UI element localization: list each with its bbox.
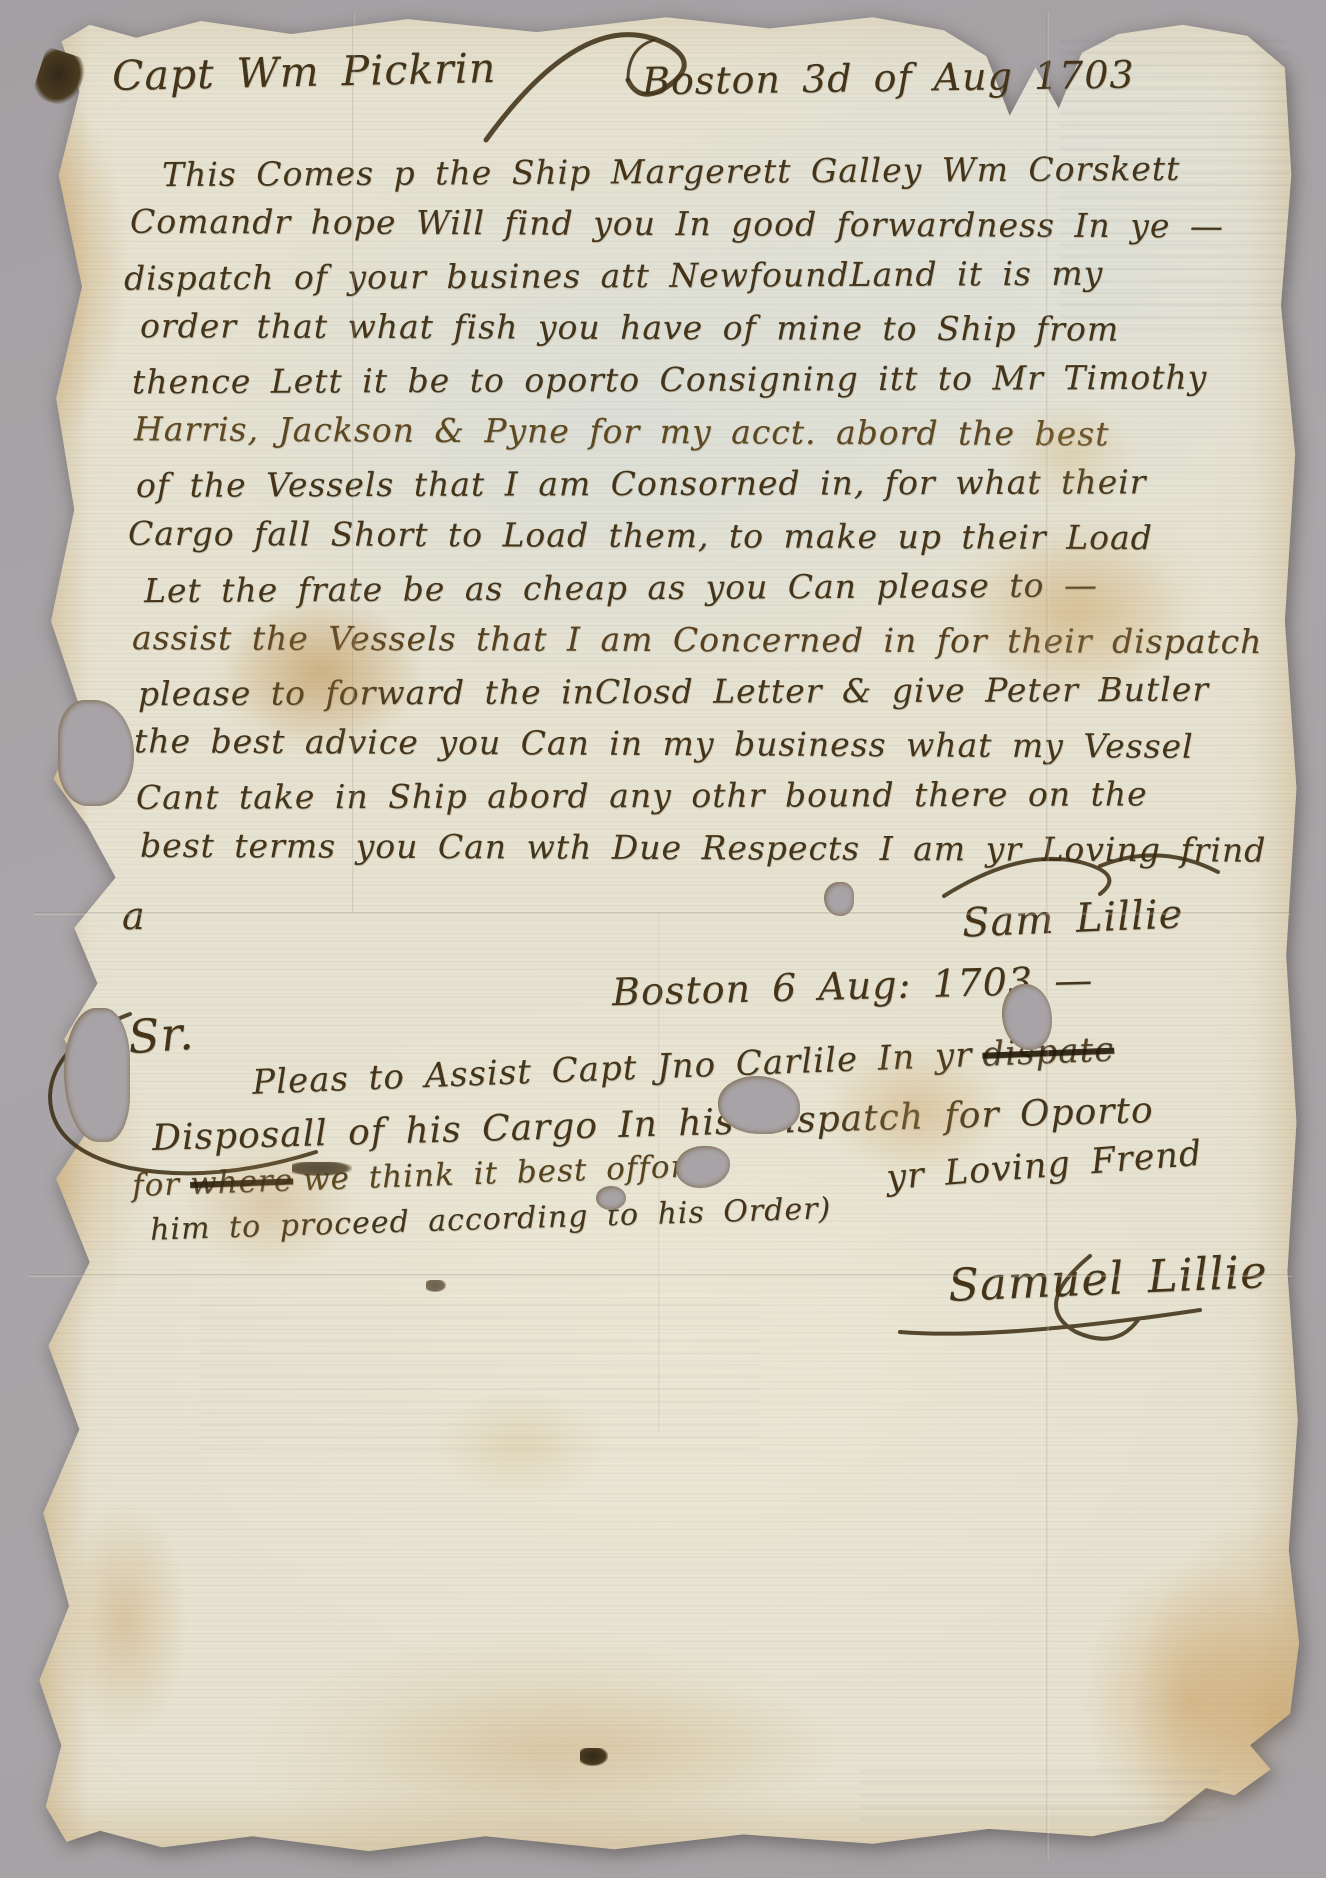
paper-hole <box>64 1008 130 1142</box>
body-line: assist the Vessels that I am Concerned i… <box>132 612 1184 668</box>
body-line: order that what fish you have of mine to… <box>140 300 1184 356</box>
manuscript-page: Capt Wm Pickrin Boston 3d of Aug 1703 Th… <box>0 0 1326 1878</box>
letter-date: Boston 3d of Aug 1703 <box>642 53 1135 104</box>
body-line: thence Lett it be to oporto Consigning i… <box>132 352 1184 409</box>
paper-hole <box>824 882 854 916</box>
paper-hole <box>58 700 134 806</box>
body-line: Let the frate be as cheap as you Can ple… <box>144 559 1184 617</box>
letter-addressee: Capt Wm Pickrin <box>112 44 497 100</box>
signature-sam-lillie: Sam Lillie <box>961 891 1184 946</box>
body-line: please to forward the inClosd Letter & g… <box>138 664 1184 721</box>
postscript-line-text: for <box>132 1166 181 1204</box>
paper-hole <box>596 1186 626 1210</box>
body-line: best terms you Can wth Due Respects I am… <box>140 820 1184 877</box>
body-line: dispatch of your busines att NewfoundLan… <box>124 247 1184 305</box>
ink-blot <box>580 1748 608 1766</box>
body-line: This Comes p the Ship Margerett Galley W… <box>162 143 1184 201</box>
paper-hole <box>718 1076 800 1134</box>
ink-blot <box>426 1280 446 1292</box>
letter-body: This Comes p the Ship Margerett Galley W… <box>124 146 1184 874</box>
body-line: Cant take in Ship abord any othr bound t… <box>136 768 1184 824</box>
body-line: Cargo fall Short to Load them, to make u… <box>128 508 1184 565</box>
body-line: of the Vessels that I am Consorned in, f… <box>136 456 1184 512</box>
postscript-salutation: Sr. <box>126 1006 196 1064</box>
body-line: Comandr hope Will find you In good forwa… <box>130 196 1184 253</box>
body-line: the best advice you Can in my business w… <box>134 715 1184 772</box>
body-line: Harris, Jackson & Pyne for my acct. abor… <box>134 403 1184 460</box>
ink-blot <box>292 1162 352 1176</box>
margin-note: a <box>122 894 146 938</box>
struck-word: where <box>189 1162 293 1202</box>
